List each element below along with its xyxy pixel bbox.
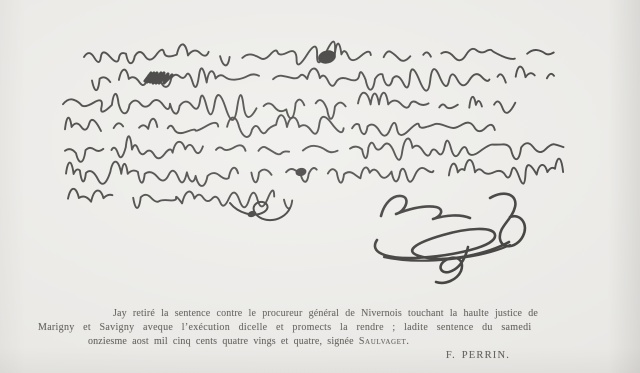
- manuscript-facsimile: [0, 0, 640, 290]
- caption-line-3: onziesme aost mil cinq cents quatre ving…: [88, 336, 409, 347]
- caption-line-3-text: onziesme aost mil cinq cents quatre ving…: [88, 336, 359, 347]
- ink-blot-small: [295, 167, 307, 177]
- manuscript-line-6: [66, 159, 563, 186]
- caption-line-1: Jay retiré la sentence contre le procure…: [113, 308, 538, 319]
- caption-line-3-period: .: [406, 336, 409, 347]
- manuscript-line-7: [68, 189, 292, 209]
- caption-line-2: Marigny et Savigny aveque l’exécution di…: [38, 322, 531, 333]
- perrin-signature: [375, 194, 525, 283]
- manuscript-text-lines: [63, 42, 566, 209]
- scanned-document-page: Jay retiré la sentence contre le procure…: [0, 0, 640, 373]
- strikeout-scribble: [145, 73, 172, 83]
- manuscript-line-1: [84, 42, 554, 66]
- caption-author: F. PERRIN.: [408, 350, 548, 361]
- signee-name: Saulvaget: [359, 336, 407, 347]
- manuscript-line-5: [65, 136, 564, 162]
- manuscript-line-3: [63, 93, 515, 120]
- manuscript-line-4: [65, 115, 495, 137]
